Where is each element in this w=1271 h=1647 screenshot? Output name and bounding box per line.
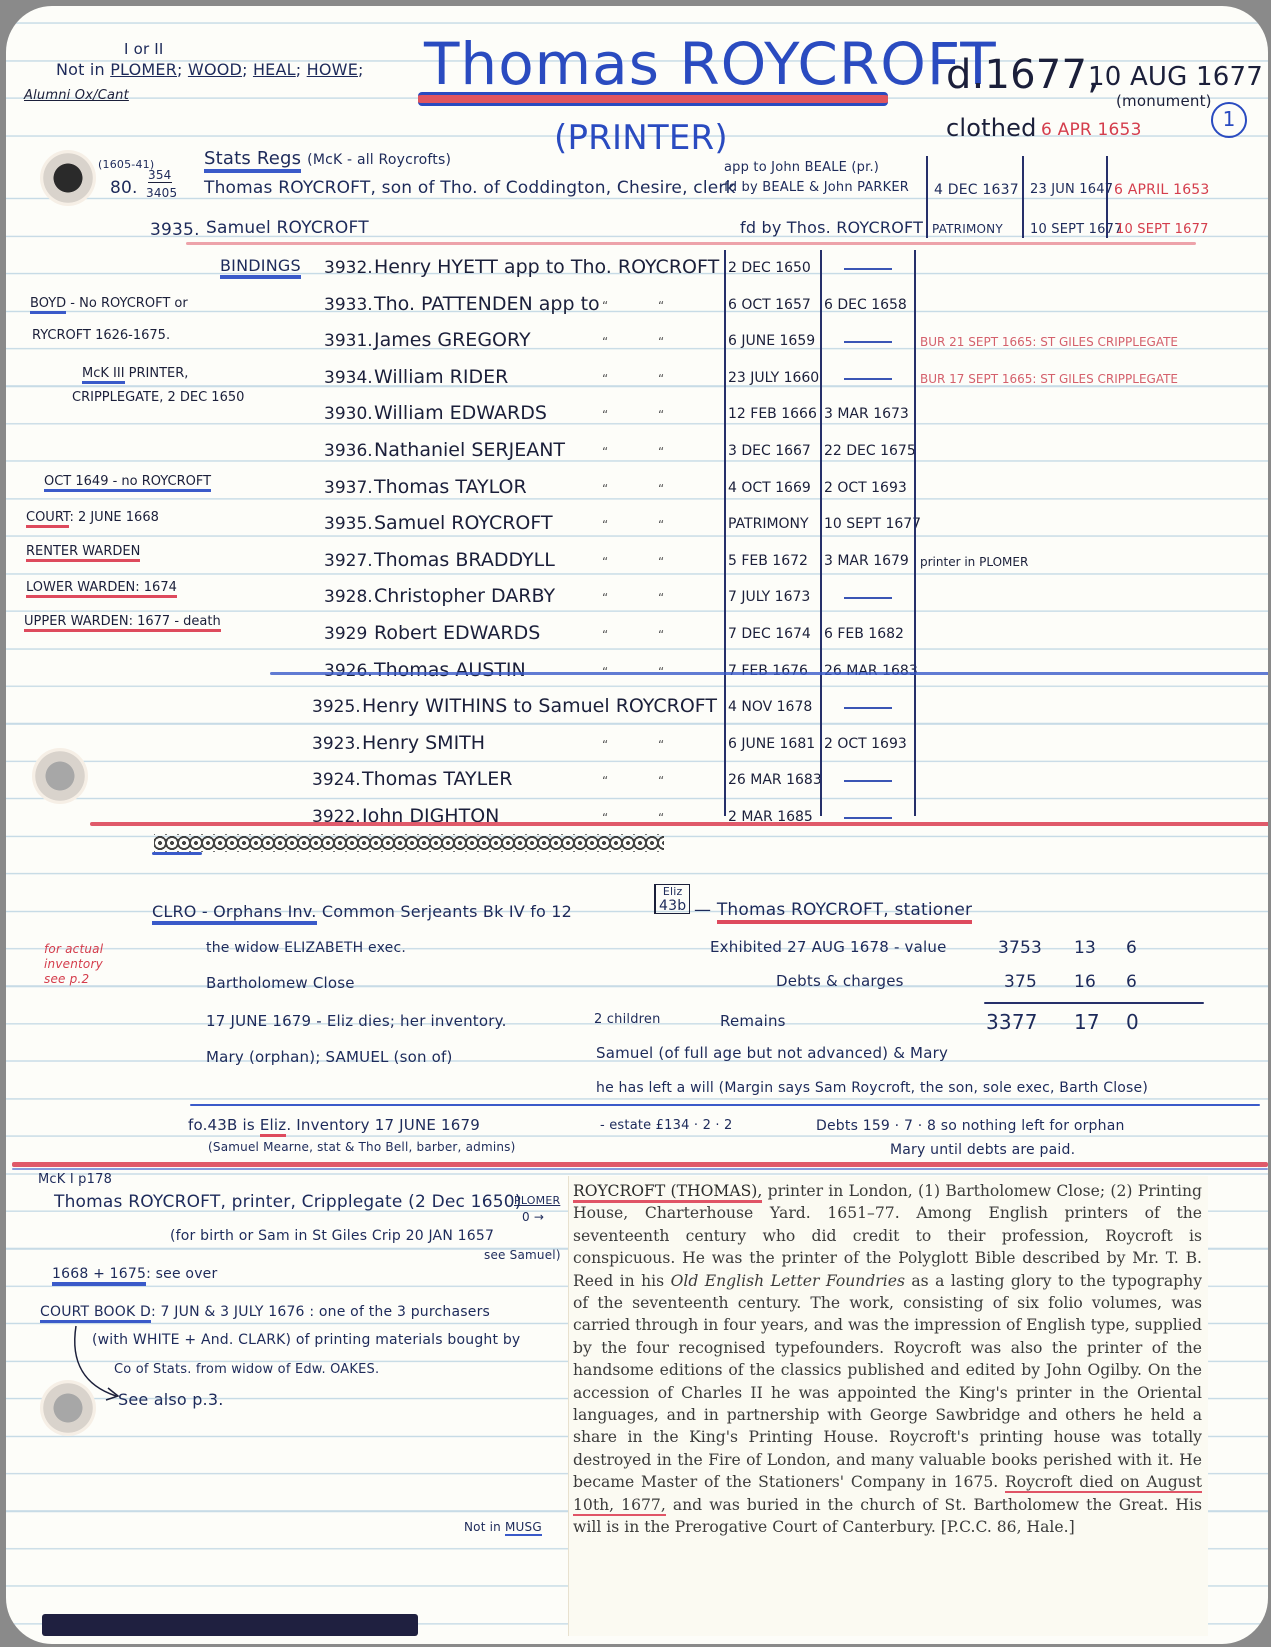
apprentice-name: Thomas AUSTIN (374, 659, 526, 681)
table-row: 3930.William EDWARDS““12 FEB 16663 MAR 1… (6, 402, 1268, 438)
table-divider (820, 250, 822, 816)
ref-plomer: PLOMER (110, 60, 177, 79)
ref-wood: WOOD (188, 60, 242, 79)
bound-date: 26 MAR 1683 (728, 772, 822, 788)
redacted-line (42, 1614, 418, 1636)
ditto-mark: “ (602, 774, 608, 788)
bound-date: 4 NOV 1678 (728, 699, 812, 715)
binding-number: 3928. (324, 587, 373, 607)
ledger-label: Remains (720, 1012, 786, 1030)
bound-date: 2 DEC 1650 (728, 260, 811, 276)
bound-date: 7 DEC 1674 (728, 626, 811, 642)
table-row: 3933.Tho. PATTENDEN app to““6 OCT 16576 … (6, 293, 1268, 329)
page-number-badge: 1 (1211, 102, 1247, 138)
clipping-text: and was buried in the church of St. Bart… (573, 1496, 1202, 1536)
binding-number: 3936. (324, 441, 373, 461)
ledger-pounds: 3377 (986, 1010, 1038, 1034)
boyd-note: BOYDBOYD - No ROYCROFT or - No ROYCROFT … (30, 296, 188, 311)
ledger-shillings: 13 (1074, 938, 1096, 958)
fo43-note: fo.43B is Eliz. Inventory 17 JUNE 1679 (188, 1116, 480, 1134)
birth-note: (for birth or Sam in St Giles Crip 20 JA… (170, 1228, 494, 1244)
table-row: 3926.Thomas AUSTIN““7 FEB 167626 MAR 168… (6, 659, 1268, 695)
binding-number: 3927. (324, 551, 373, 571)
binding-number: 3933. (324, 295, 373, 315)
court-book-text-2: (with WHITE + And. CLARK) of printing ma… (92, 1332, 520, 1348)
upper-warden-text: UPPER WARDEN: 1677 - death (24, 614, 221, 632)
ditto-mark: “ (658, 774, 664, 788)
bound-date: 6 OCT 1657 (728, 297, 811, 313)
binding-number: 3924. (312, 770, 361, 790)
not-in-references: Not in PLOMER; WOOD; HEAL; HOWE; (56, 60, 364, 79)
alumni-note: Alumni Ox/Cant (24, 88, 129, 103)
ditto-mark: “ (602, 555, 608, 569)
inventory-red-note: for actual inventory see p.2 (44, 942, 103, 987)
fo43-inventory: . Inventory 17 JUNE 1679 (286, 1116, 480, 1134)
boyd-label: BOYD (30, 296, 66, 314)
children-note: Samuel (of full age but not advanced) & … (596, 1044, 948, 1062)
bound-date: 5 FEB 1672 (728, 553, 808, 569)
court-book-text: : 7 JUN & 3 JULY 1676 : one of the 3 pur… (151, 1304, 490, 1320)
entry-samuel-freed: 10 SEPT 1677 (1030, 222, 1123, 237)
ledger-pence: 6 (1126, 938, 1137, 958)
ditto-mark: “ (658, 555, 664, 569)
apprentice-name: Christopher DARBY (374, 585, 555, 607)
fo43-admins: (Samuel Mearne, stat & Tho Bell, barber,… (208, 1140, 516, 1154)
freed-date: 26 MAR 1683 (824, 663, 918, 679)
ditto-mark: “ (658, 591, 664, 605)
stats-regs-range: (1605-41) (98, 158, 154, 171)
entry-thomas-freed: 23 JUN 1647 (1030, 182, 1113, 197)
lower-warden-text: LOWER WARDEN: 1674 (26, 580, 177, 598)
folio-bracket: Eliz 43b (654, 884, 690, 914)
freed-date-blank (844, 378, 892, 380)
bound-date: 7 JULY 1673 (728, 589, 810, 605)
orphans-label: CLRO - Orphans Inv. (152, 902, 317, 925)
ledger-pence: 6 (1126, 972, 1137, 992)
will-note: he has left a will (Margin says Sam Royc… (596, 1080, 1148, 1096)
freed-date: 6 DEC 1658 (824, 297, 907, 313)
table-row: 3936.Nathaniel SERJEANT““3 DEC 166722 DE… (6, 439, 1268, 475)
table-row: 3923.Henry SMITH““6 JUNE 16812 OCT 1693 (6, 732, 1268, 768)
orphans-line: the widow ELIZABETH exec. (206, 940, 406, 956)
oct1649-text: OCT 1649 - no ROYCROFT (44, 474, 211, 492)
ledger-label: Exhibited 27 AUG 1678 - value (710, 938, 947, 956)
stats-regs-ref: 80. (110, 178, 138, 198)
mck1-ref: McK I p178 (38, 1172, 112, 1187)
apprentice-name: Henry SMITH (362, 732, 485, 754)
ledger-shillings: 16 (1074, 972, 1096, 992)
ditto-mark: “ (658, 628, 664, 642)
entry-thomas-freed-by: fd by BEALE & John PARKER (724, 180, 909, 195)
apprentice-name: Robert EDWARDS (374, 622, 540, 644)
ditto-mark: “ (602, 738, 608, 752)
plomer-ref: PLOMER (514, 1194, 560, 1207)
entry-thomas-bound: 4 DEC 1637 (934, 182, 1019, 198)
orphans-subject-text: Thomas ROYCROFT, stationer (717, 900, 972, 924)
table-row: 3935.Samuel ROYCROFT““PATRIMONY10 SEPT 1… (6, 512, 1268, 548)
ditto-mark: “ (658, 738, 664, 752)
binding-number: 3934. (324, 368, 373, 388)
apprentice-name: Tho. PATTENDEN app to (374, 293, 600, 315)
table-row: 3932.Henry HYETT app to Tho. ROYCROFT2 D… (6, 256, 1268, 292)
ditto-mark: “ (658, 335, 664, 349)
bound-date: 6 JUNE 1681 (728, 736, 815, 752)
freed-date-blank (844, 341, 892, 343)
binding-number: 3930. (324, 404, 373, 424)
ledger-pounds: 375 (1004, 972, 1037, 992)
musg-ref: MUSG (505, 1520, 542, 1536)
apprentice-name: Thomas TAYLER (362, 768, 512, 790)
apprentice-name: Henry WITHINS to Samuel ROYCROFT (362, 695, 717, 717)
entry-samuel-name: Samuel ROYCROFT (206, 218, 369, 238)
ditto-mark: “ (602, 445, 608, 459)
freed-date-blank (844, 780, 892, 782)
binding-number: 3931. (324, 331, 373, 351)
arrow-icon (66, 1324, 126, 1404)
court-date: : 2 JUNE 1668 (69, 510, 158, 525)
fraction-top: 354 (148, 168, 172, 183)
binding-number: 3923. (312, 734, 361, 754)
ditto-mark: “ (602, 408, 608, 422)
bound-date: 4 OCT 1669 (728, 480, 811, 496)
freed-date: 3 MAR 1679 (824, 553, 909, 569)
bound-date: 23 JULY 1660 (728, 370, 819, 386)
death-note: (monument) (1116, 92, 1212, 110)
apprentice-name: James GREGORY (374, 329, 531, 351)
apprentice-name: Nathaniel SERJEANT (374, 439, 565, 461)
table-divider (1022, 156, 1024, 238)
title-underline (418, 92, 888, 106)
ditto-mark: “ (658, 518, 664, 532)
freed-date: 6 FEB 1682 (824, 626, 904, 642)
ledger-pounds: 3753 (998, 938, 1042, 958)
table-divider (724, 250, 726, 816)
freed-date-blank (844, 707, 892, 709)
not-in-label: Not in (56, 60, 105, 79)
orphans-subject: — Thomas ROYCROFT, stationer (694, 900, 972, 920)
not-in-musg: Not in MUSG (464, 1520, 542, 1534)
ledger-pence: 0 (1126, 1010, 1139, 1034)
ditto-mark: “ (658, 408, 664, 422)
binding-number: 3926. (324, 661, 373, 681)
folio-bracket-bottom: 43b (659, 899, 686, 913)
children-count: 2 children (594, 1012, 661, 1027)
entry-samuel-freed-by: fd by Thos. ROYCROFT (740, 218, 923, 237)
ditto-mark: “ (658, 372, 664, 386)
bracket-underline (190, 1104, 1260, 1106)
entry-samuel-bound: PATRIMONY (932, 222, 1003, 236)
court-book-note: COURT BOOK D: 7 JUN & 3 JULY 1676 : one … (40, 1304, 490, 1320)
plomer-arrow: 0 → (522, 1210, 544, 1224)
death-year: d.1677, (946, 52, 1100, 98)
see-samuel: see Samuel) (484, 1248, 561, 1262)
ditto-mark: “ (602, 591, 608, 605)
freed-date: 2 OCT 1693 (824, 736, 907, 752)
years-note: 1668 + 1675: see over (52, 1266, 217, 1282)
clipping-text: as a lasting glory to the typography of … (573, 1272, 1202, 1492)
orphans-ref: Common Serjeants Bk IV fo 12 (322, 902, 572, 921)
debts-note: Debts 159 · 7 · 8 so nothing left for or… (816, 1118, 1125, 1134)
bound-date: 7 FEB 1676 (728, 663, 808, 679)
table-divider (914, 250, 916, 816)
table-divider (1106, 156, 1108, 238)
mck3-text: PRINTER, (129, 366, 189, 381)
bound-date: 3 DEC 1667 (728, 443, 811, 459)
freed-date: 3 MAR 1673 (824, 406, 909, 422)
binding-number: 3937. (324, 478, 373, 498)
red-note-line: inventory (44, 957, 103, 972)
red-separator (186, 242, 1196, 245)
clothed-label: clothed (946, 114, 1037, 142)
page-title: Thomas ROYCROFT (424, 30, 997, 98)
ledger-total-rule (984, 1002, 1204, 1004)
renter-warden-text: RENTER WARDEN (26, 544, 140, 562)
table-row: 3924.Thomas TAYLER““26 MAR 1683 (6, 768, 1268, 804)
clothed-date: 6 APR 1653 (1041, 120, 1142, 140)
fraction-bottom: 3405 (146, 186, 177, 200)
apprentice-name: Samuel ROYCROFT (374, 512, 553, 534)
apprentice-name: Thomas TAYLOR (374, 476, 527, 498)
fo43-eliz: Eliz (260, 1116, 287, 1137)
freed-date: 22 DEC 1675 (824, 443, 916, 459)
court-label: COURT (26, 510, 69, 528)
ditto-mark: “ (602, 628, 608, 642)
court-note: COURT: 2 JUNE 1668 (26, 510, 159, 525)
blue-mark (152, 852, 202, 855)
entry-samuel-num: 3935. (150, 220, 200, 240)
ditto-mark: “ (602, 482, 608, 496)
renter-warden-note: RENTER WARDEN (26, 544, 140, 559)
apprentice-name: William EDWARDS (374, 402, 547, 424)
notebook-page: I or II Not in PLOMER; WOOD; HEAL; HOWE;… (6, 6, 1268, 1644)
binding-note: BUR 17 SEPT 1665: ST GILES CRIPPLEGATE (920, 372, 1178, 386)
fo43-label: fo.43B is (188, 1116, 255, 1134)
freed-date: 10 SEPT 1677 (824, 516, 921, 532)
entry-thomas: Thomas ROYCROFT, son of Tho. of Coddingt… (204, 178, 736, 198)
ditto-mark: “ (658, 482, 664, 496)
ref-howe: HOWE (307, 60, 358, 79)
death-date: 10 AUG 1677 (1088, 62, 1263, 92)
freed-date: 2 OCT 1693 (824, 480, 907, 496)
freed-date-blank (844, 597, 892, 599)
entry-samuel-red-date: 10 SEPT 1677 (1116, 222, 1209, 237)
years-label: 1668 + 1675 (52, 1266, 146, 1286)
ditto-mark: “ (602, 299, 608, 313)
red-separator (12, 1162, 1268, 1167)
orphans-header: CLRO - Orphans Inv. Common Serjeants Bk … (152, 902, 572, 921)
see-also-note: See also p.3. (118, 1390, 224, 1409)
court-book-label: COURT BOOK D (40, 1304, 151, 1323)
mck3-label: McK III (82, 366, 125, 384)
entry-thomas-app: app to John BEALE (pr.) (724, 160, 879, 175)
printed-clipping: ROYCROFT (THOMAS), printer in London, (1… (568, 1176, 1208, 1636)
ledger-label: Debts & charges (776, 972, 904, 990)
apprentice-name: Henry HYETT app to Tho. ROYCROFT (374, 256, 719, 278)
stats-regs-label: Stats Regs (204, 148, 301, 173)
red-separator (90, 822, 1268, 826)
stats-regs-note: (McK - all Roycrofts) (307, 152, 451, 168)
page-subtitle: (PRINTER) (554, 118, 728, 158)
upper-warden-note: UPPER WARDEN: 1677 - death (24, 614, 221, 629)
table-row: 3931.James GREGORY““6 JUNE 1659BUR 21 SE… (6, 329, 1268, 365)
binding-number: 3935. (324, 514, 373, 534)
not-in-label: Not in (464, 1520, 501, 1534)
orphans-line: 17 JUNE 1679 - Eliz dies; her inventory. (206, 1012, 507, 1030)
orphans-line: Bartholomew Close (206, 974, 355, 992)
clipping-book-title: Old English Letter Foundries (671, 1272, 905, 1290)
lower-warden-note: LOWER WARDEN: 1674 (26, 580, 177, 595)
table-row: 3927.Thomas BRADDYLL““5 FEB 16723 MAR 16… (6, 549, 1268, 585)
mck3-note-2: CRIPPLEGATE, 2 DEC 1650 (72, 390, 244, 405)
mck1-entry: Thomas ROYCROFT, printer, Cripplegate (2… (54, 1192, 522, 1212)
ditto-mark: “ (602, 372, 608, 386)
mck3-note: McK III PRINTER, (82, 366, 188, 381)
boyd-note-2: RYCROFT 1626-1675. (32, 328, 170, 343)
stats-regs-header: Stats Regs (McK - all Roycrofts) (204, 148, 451, 169)
binding-number: 3932. (324, 258, 373, 278)
apprentice-name: Thomas BRADDYLL (374, 549, 555, 571)
freed-date-blank (844, 817, 892, 819)
folio-bracket-top: Eliz (659, 885, 686, 899)
bound-date: PATRIMONY (728, 516, 809, 532)
bound-date: 6 JUNE 1659 (728, 333, 815, 349)
oct1649-note: OCT 1649 - no ROYCROFT (44, 474, 211, 489)
entry-thomas-clothed: 6 APRIL 1653 (1114, 182, 1210, 198)
table-row: 3925.Henry WITHINS to Samuel ROYCROFT4 N… (6, 695, 1268, 731)
ditto-mark: “ (658, 445, 664, 459)
red-note-line: see p.2 (44, 972, 103, 987)
bound-date: 12 FEB 1666 (728, 406, 817, 422)
freed-date-blank (844, 268, 892, 270)
ditto-mark: “ (602, 335, 608, 349)
ditto-mark: “ (602, 518, 608, 532)
table-divider (926, 156, 928, 238)
binding-number: 3929 (324, 624, 367, 644)
ditto-mark: “ (658, 299, 664, 313)
orphans-line: Mary (orphan); SAMUEL (son of) (206, 1048, 453, 1066)
binding-note: printer in PLOMER (920, 555, 1028, 569)
debts-note-2: Mary until debts are paid. (890, 1142, 1075, 1158)
scribbled-out-text (154, 834, 664, 852)
binding-note: BUR 21 SEPT 1665: ST GILES CRIPPLEGATE (920, 335, 1178, 349)
court-book-text-3: Co of Stats. from widow of Edw. OAKES. (114, 1362, 379, 1377)
ledger-shillings: 17 (1074, 1010, 1100, 1034)
blue-separator (12, 1168, 1268, 1170)
estate-value: - estate £134 · 2 · 2 (600, 1118, 733, 1133)
apprentice-name: William RIDER (374, 366, 508, 388)
binding-number: 3925. (312, 697, 361, 717)
series-note: I or II (124, 40, 164, 58)
binder-hole (40, 150, 96, 206)
see-over: : see over (146, 1266, 217, 1282)
blue-separator (270, 672, 1268, 675)
clipping-heading: ROYCROFT (THOMAS), (573, 1182, 762, 1203)
red-note-line: for actual (44, 942, 103, 957)
ref-heal: HEAL (253, 60, 296, 79)
